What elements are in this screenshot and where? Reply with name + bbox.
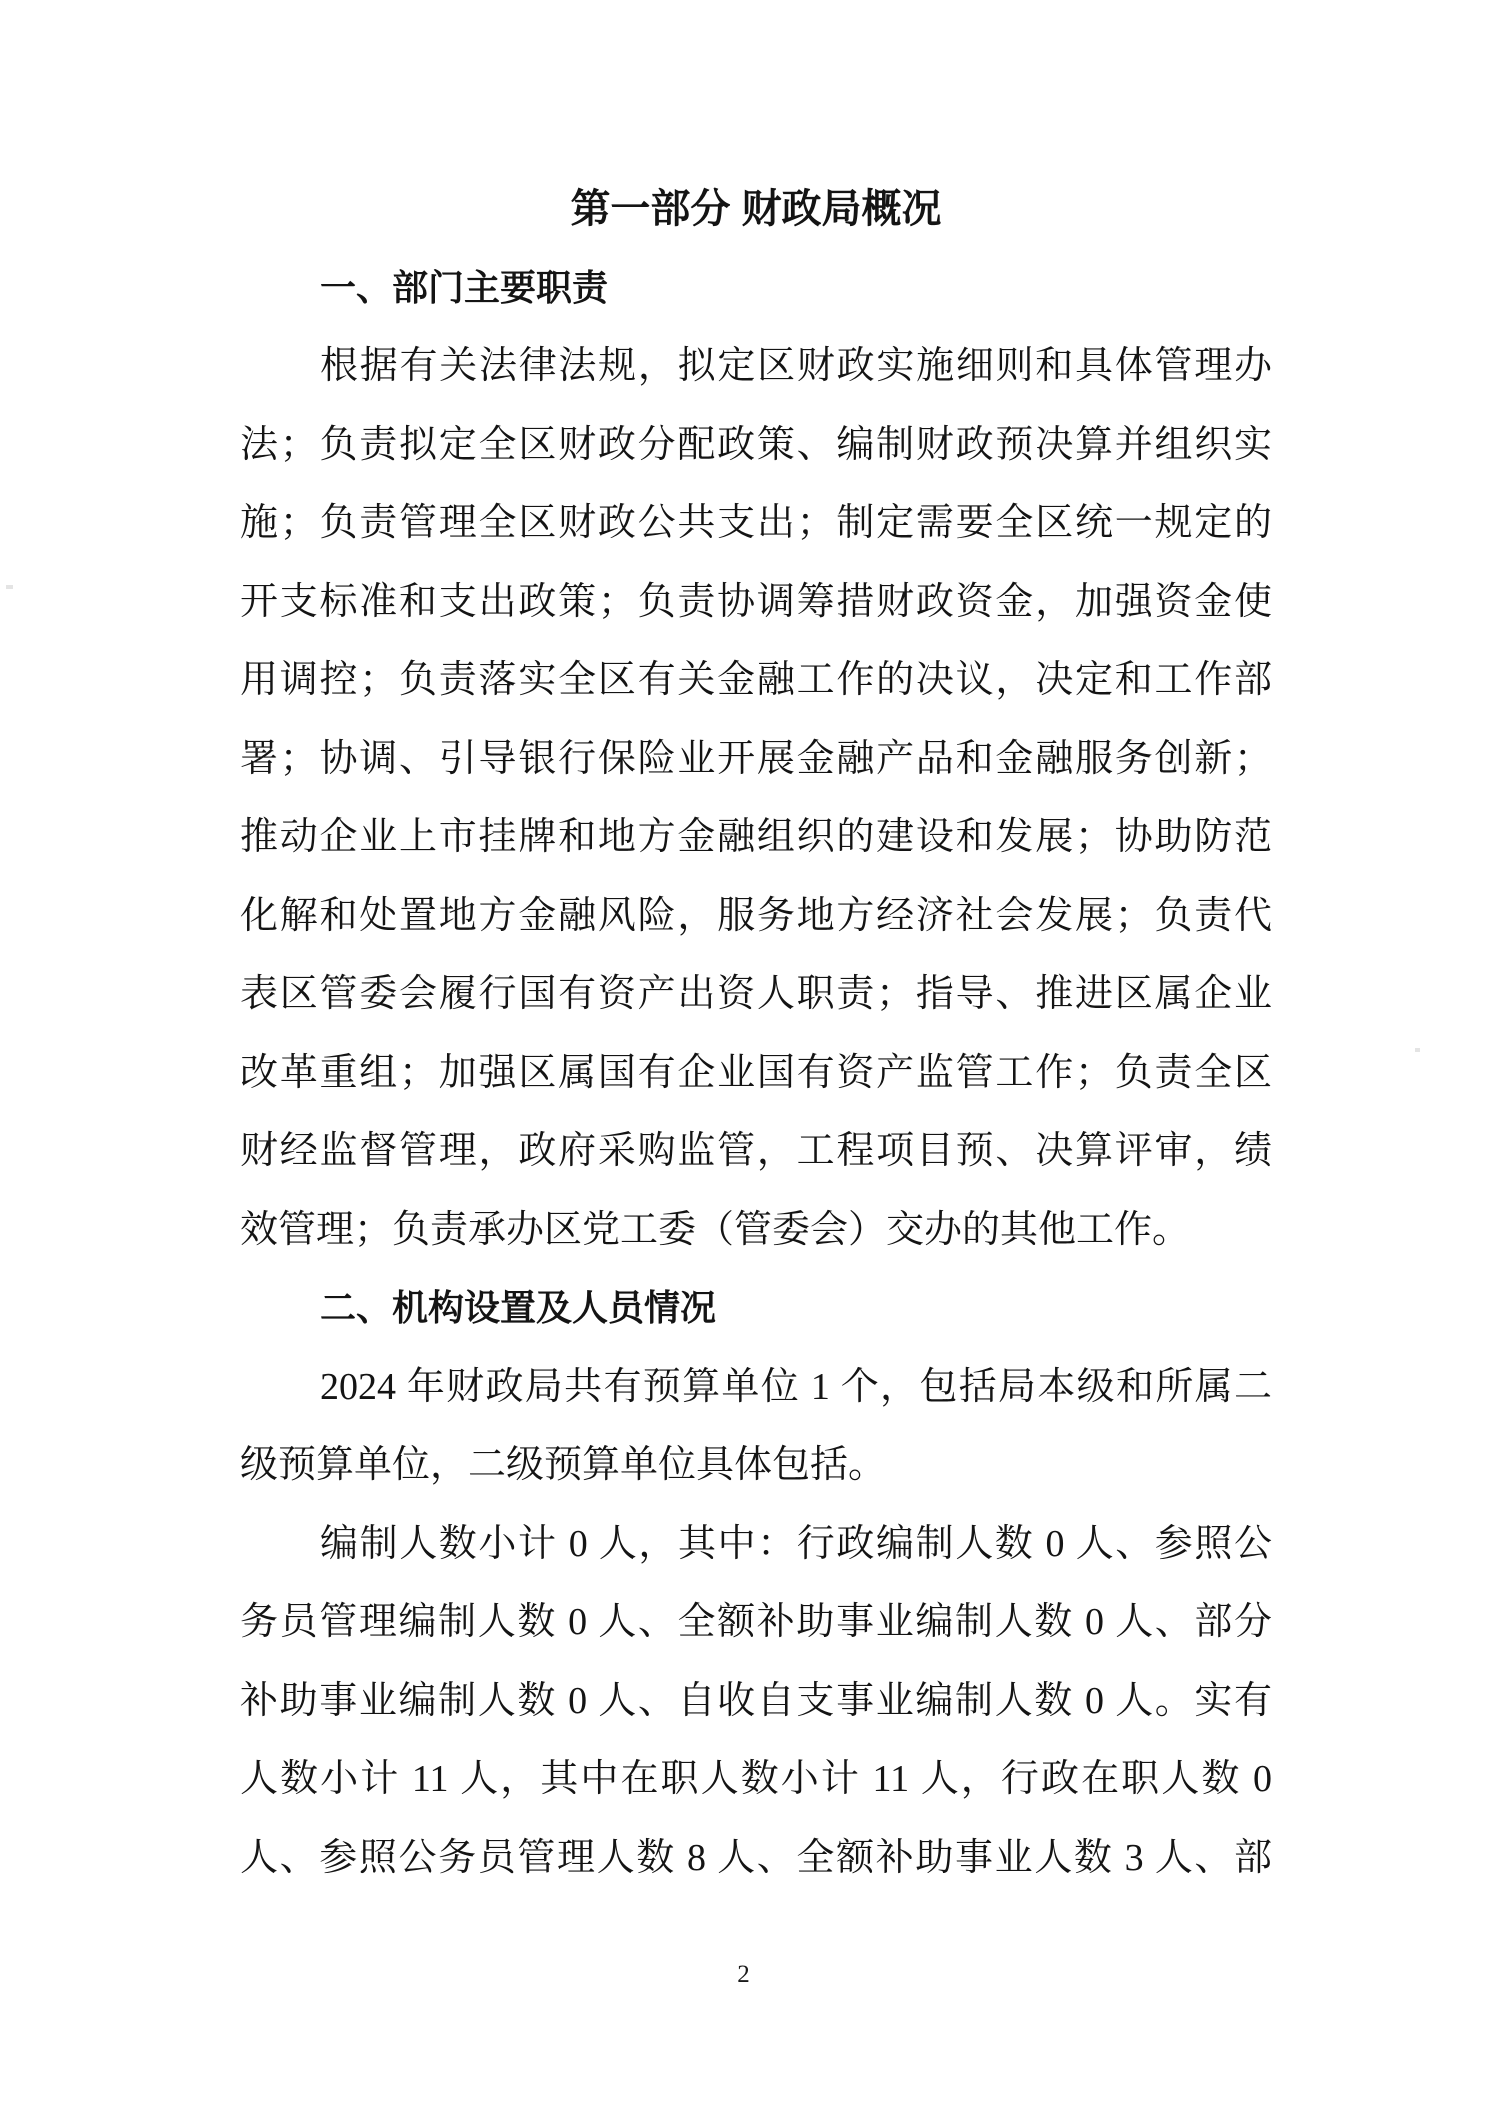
document-title: 第一部分 财政局概况	[240, 170, 1272, 249]
body-line: 效管理；负责承办区党工委（管委会）交办的其他工作。	[240, 1191, 1272, 1270]
body-line: 2024 年财政局共有预算单位 1 个，包括局本级和所属二	[240, 1348, 1272, 1427]
document-page: 第一部分 财政局概况 一、部门主要职责根据有关法律法规，拟定区财政实施细则和具体…	[0, 0, 1487, 2102]
body-line: 法；负责拟定全区财政分配政策、编制财政预决算并组织实	[240, 406, 1272, 485]
body-line: 人数小计 11 人，其中在职人数小计 11 人，行政在职人数 0	[240, 1740, 1272, 1819]
body-line: 施；负责管理全区财政公共支出；制定需要全区统一规定的	[240, 484, 1272, 563]
body-line: 开支标准和支出政策；负责协调筹措财政资金，加强资金使	[240, 563, 1272, 642]
body-line: 推动企业上市挂牌和地方金融组织的建设和发展；协助防范	[240, 798, 1272, 877]
body-line: 编制人数小计 0 人，其中：行政编制人数 0 人、参照公	[240, 1505, 1272, 1584]
page-number: 2	[0, 1960, 1487, 1990]
body-line: 署；协调、引导银行保险业开展金融产品和金融服务创新；	[240, 720, 1272, 799]
body-line: 用调控；负责落实全区有关金融工作的决议，决定和工作部	[240, 641, 1272, 720]
body-line: 改革重组；加强区属国有企业国有资产监管工作；负责全区	[240, 1034, 1272, 1113]
body-line: 表区管委会履行国有资产出资人职责；指导、推进区属企业	[240, 955, 1272, 1034]
body-line: 人、参照公务员管理人数 8 人、全额补助事业人数 3 人、部	[240, 1819, 1272, 1898]
body-line: 根据有关法律法规，拟定区财政实施细则和具体管理办	[240, 327, 1272, 406]
section-heading: 二、机构设置及人员情况	[240, 1269, 1272, 1348]
document-body: 第一部分 财政局概况 一、部门主要职责根据有关法律法规，拟定区财政实施细则和具体…	[0, 0, 1487, 1897]
document-text-blocks: 一、部门主要职责根据有关法律法规，拟定区财政实施细则和具体管理办法；负责拟定全区…	[240, 249, 1272, 1898]
body-line: 补助事业编制人数 0 人、自收自支事业编制人数 0 人。实有	[240, 1662, 1272, 1741]
body-line: 财经监督管理，政府采购监管，工程项目预、决算评审，绩	[240, 1112, 1272, 1191]
section-heading: 一、部门主要职责	[240, 249, 1272, 328]
body-line: 化解和处置地方金融风险，服务地方经济社会发展；负责代	[240, 877, 1272, 956]
body-line: 级预算单位，二级预算单位具体包括。	[240, 1426, 1272, 1505]
body-line: 务员管理编制人数 0 人、全额补助事业编制人数 0 人、部分	[240, 1583, 1272, 1662]
